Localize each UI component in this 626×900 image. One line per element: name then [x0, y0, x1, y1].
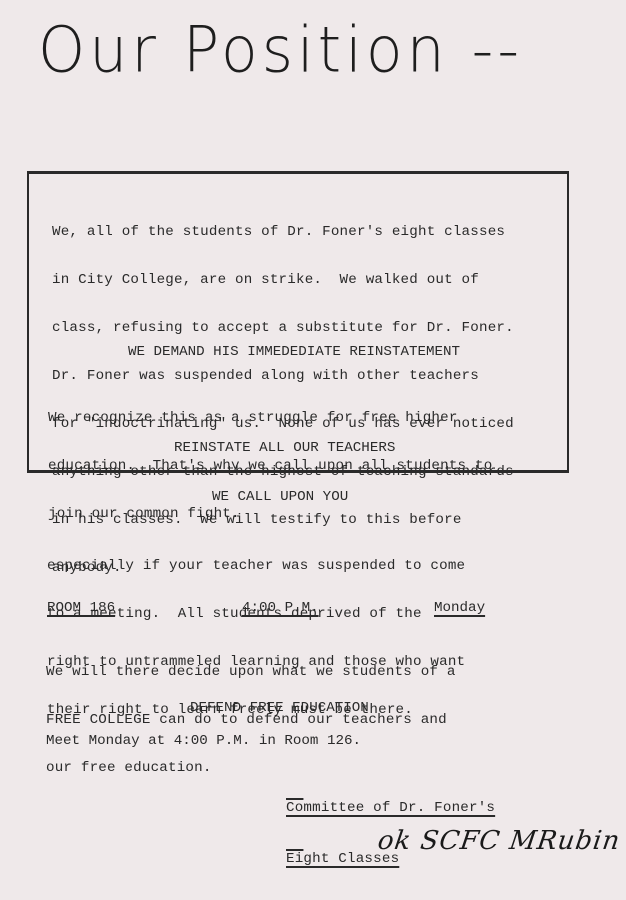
paragraph-struggle: We recognize this as a struggle for free…: [48, 378, 492, 538]
text-line: We recognize this as a struggle for free…: [48, 410, 492, 426]
reinstate-heading: REINSTATE ALL OUR TEACHERS: [174, 440, 395, 456]
handwritten-signature: ok SCFC MRubin: [376, 826, 622, 856]
meeting-time: 4:00 P.M.: [242, 600, 319, 616]
text-line: We will there decide upon what we studen…: [46, 664, 456, 680]
meeting-room: ROOM 186: [47, 600, 115, 616]
meeting-day: Monday: [434, 600, 485, 616]
document-title: Our Position --: [38, 14, 523, 88]
text-line: join our common fight.: [48, 506, 492, 522]
call-heading: WE CALL UPON YOU: [212, 489, 348, 505]
demand-heading: WE DEMAND HIS IMMEDEDIATE REINSTATEMENT: [128, 344, 460, 360]
text-line: Committee of Dr. Foner's: [286, 800, 495, 817]
text-line: education. That's why we call upon all s…: [48, 458, 492, 474]
meet-line: Meet Monday at 4:00 P.M. in Room 126.: [46, 733, 361, 749]
defend-heading: DEFEND FREE EDUCATION: [190, 700, 369, 716]
text-line: We, all of the students of Dr. Foner's e…: [52, 224, 514, 240]
text-line: especially if your teacher was suspended…: [47, 558, 465, 574]
text-line: class, refusing to accept a substitute f…: [52, 320, 514, 336]
text-line: in City College, are on strike. We walke…: [52, 272, 514, 288]
